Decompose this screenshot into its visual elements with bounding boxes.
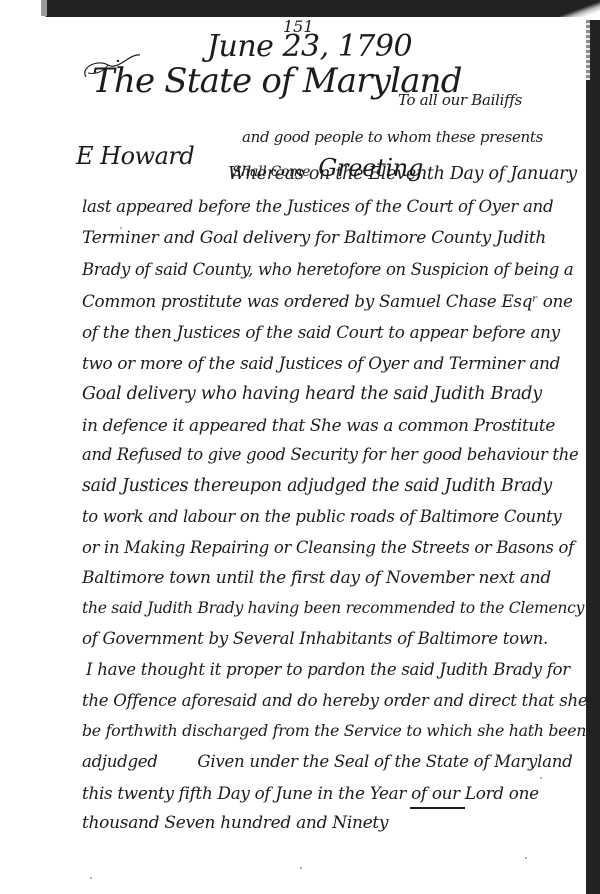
body-line: Baltimore town until the first day of No…: [82, 568, 551, 588]
scan-speck: [300, 867, 302, 869]
body-line: Goal delivery who having heard the said …: [82, 384, 542, 404]
body-line: Terminer and Goal delivery for Baltimore…: [82, 228, 546, 248]
body-line: two or more of the said Justices of Oyer…: [82, 353, 560, 373]
scan-top-border: [45, 0, 600, 17]
body-line: be forthwith discharged from the Service…: [82, 721, 586, 740]
scan-speck: [120, 227, 122, 229]
date-heading: June 23, 1790: [207, 29, 412, 64]
body-line: to work and labour on the public roads o…: [82, 507, 561, 526]
salutation-line-2: and good people to whom these presents: [242, 128, 543, 146]
closing-rule: [410, 807, 465, 809]
salutation-line-1: To all our Bailiffs: [398, 91, 522, 109]
body-line: the said Judith Brady having been recomm…: [82, 599, 584, 617]
body-line-given: adjudged Given under the Seal of the Sta…: [82, 752, 572, 771]
body-line: and Refused to give good Security for he…: [82, 445, 578, 464]
body-line: or in Making Repairing or Cleansing the …: [82, 538, 574, 557]
scan-speck: [525, 857, 527, 859]
body-line: the Offence aforesaid and do hereby orde…: [82, 691, 587, 710]
body-line: Whereas on the Eleventh Day of January: [228, 164, 577, 184]
body-line: I have thought it proper to pardon the s…: [86, 660, 570, 679]
body-line: Common prostitute was ordered by Samuel …: [82, 291, 573, 311]
body-line: this twenty fifth Day of June in the Yea…: [82, 783, 539, 803]
body-line: Brady of said County, who heretofore on …: [82, 260, 573, 279]
body-line: in defence it appeared that She was a co…: [82, 415, 555, 435]
body-line: of Government by Several Inhabitants of …: [82, 629, 548, 648]
scan-speck: [540, 777, 542, 779]
scan-right-border: [586, 20, 600, 894]
margin-signature: E Howard: [76, 142, 194, 170]
body-line: last appeared before the Justices of the…: [82, 197, 553, 216]
body-line-final: thousand Seven hundred and Ninety: [82, 813, 388, 833]
body-line: of the then Justices of the said Court t…: [82, 322, 560, 342]
scan-speck: [90, 877, 92, 879]
manuscript-page: 151 June 23, 1790 The State of Maryland …: [0, 17, 586, 894]
body-line: said Justices thereupon adjudged the sai…: [82, 476, 552, 496]
